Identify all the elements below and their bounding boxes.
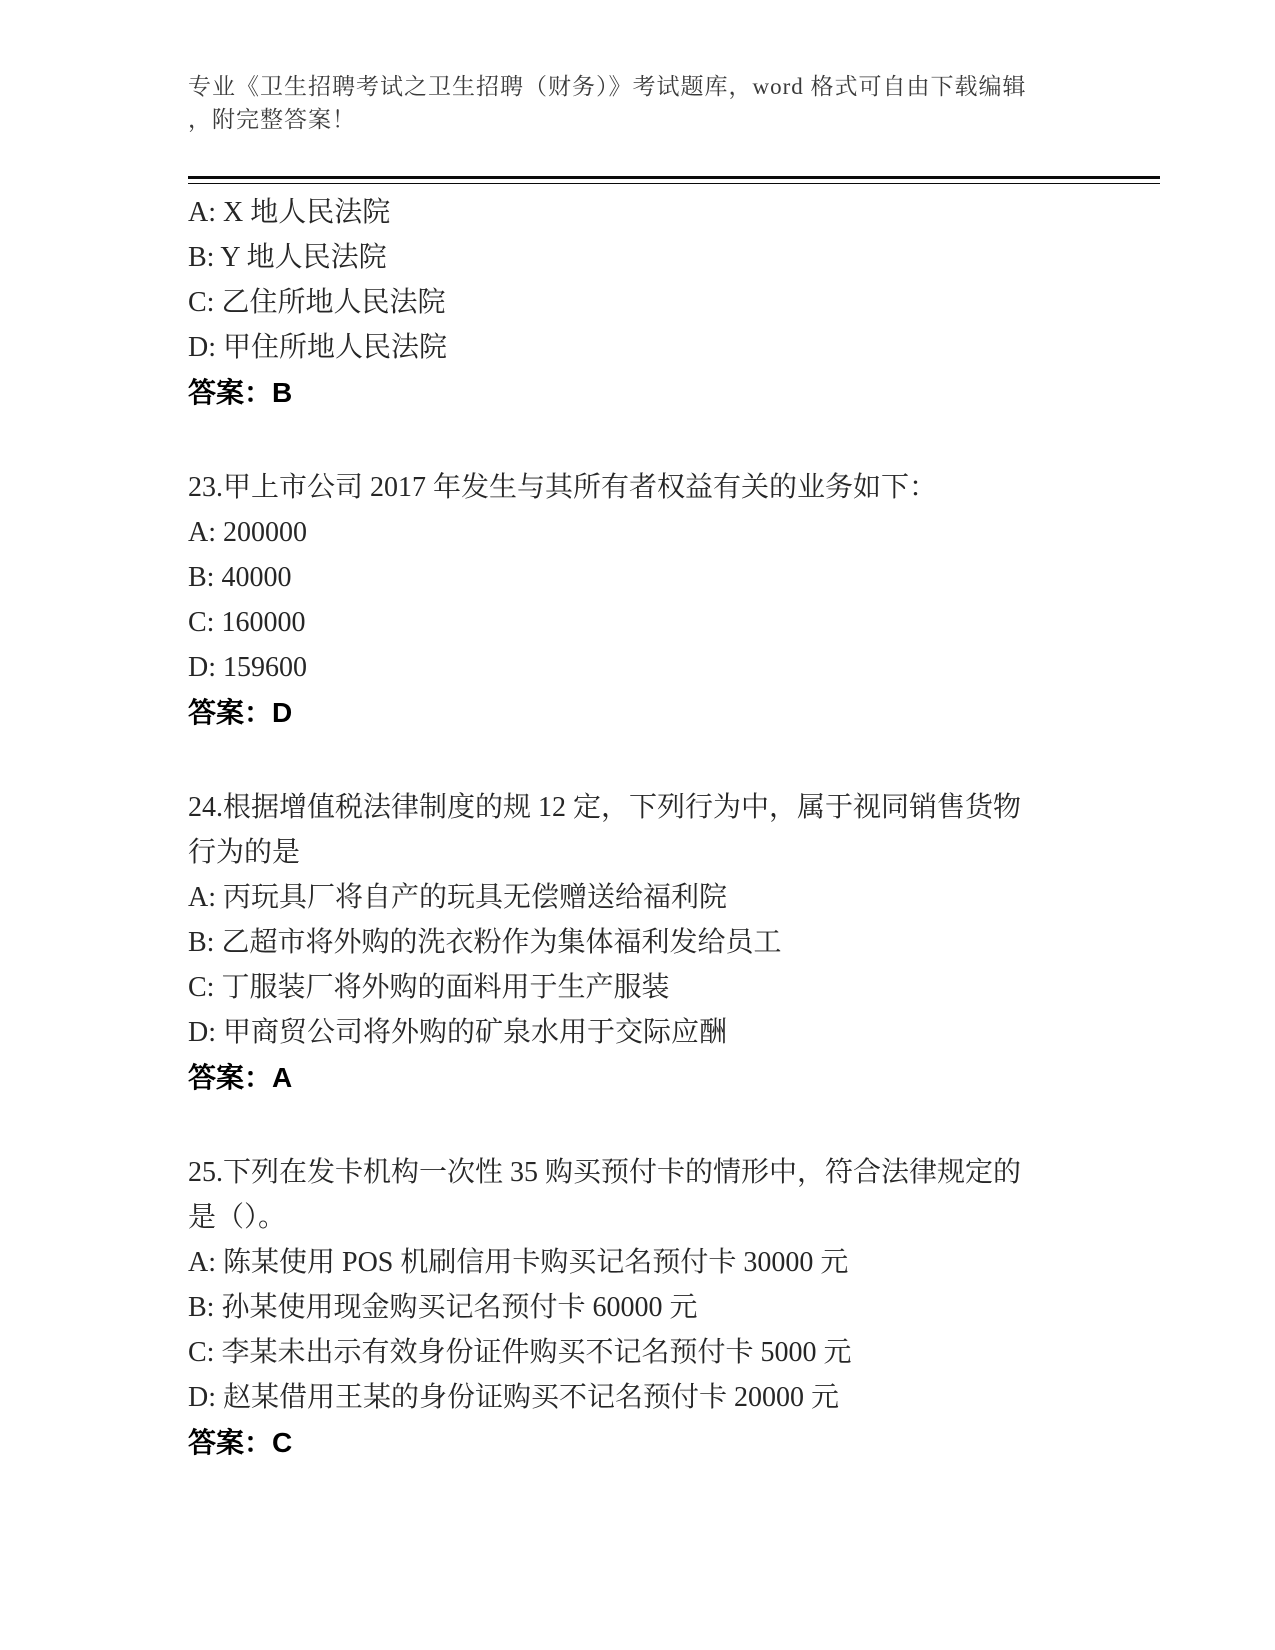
section-divider — [188, 176, 1160, 184]
question-block-22-tail: A: X 地人民法院 B: Y 地人民法院 C: 乙住所地人民法院 D: 甲住所… — [188, 190, 1068, 415]
answer-line: 答案：A — [188, 1055, 1068, 1100]
document-header: 专业《卫生招聘考试之卫生招聘（财务）》考试题库，word 格式可自由下载编辑 ，… — [188, 70, 1088, 136]
question-block-24: 24.根据增值税法律制度的规 12 定，下列行为中，属于视同销售货物 行为的是 … — [188, 785, 1068, 1100]
answer-line: 答案：C — [188, 1420, 1068, 1465]
header-line-2: ，附完整答案！ — [188, 103, 1088, 136]
option-line-d: D: 甲商贸公司将外购的矿泉水用于交际应酬 — [188, 1010, 1068, 1055]
question-line: 25.下列在发卡机构一次性 35 购买预付卡的情形中，符合法律规定的 — [188, 1150, 1068, 1195]
question-line: 24.根据增值税法律制度的规 12 定，下列行为中，属于视同销售货物 — [188, 785, 1068, 830]
option-line-b: B: 乙超市将外购的洗衣粉作为集体福利发给员工 — [188, 920, 1068, 965]
option-line-c: C: 乙住所地人民法院 — [188, 280, 1068, 325]
option-line-d: D: 159600 — [188, 645, 1068, 690]
option-line-c: C: 丁服装厂将外购的面料用于生产服装 — [188, 965, 1068, 1010]
question-line-wrap: 是（）。 — [188, 1195, 1068, 1240]
option-line-d: D: 甲住所地人民法院 — [188, 325, 1068, 370]
option-line-a: A: X 地人民法院 — [188, 190, 1068, 235]
question-line-wrap: 行为的是 — [188, 830, 1068, 875]
answer-line: 答案：B — [188, 370, 1068, 415]
answer-line: 答案：D — [188, 690, 1068, 735]
option-line-b: B: 40000 — [188, 555, 1068, 600]
option-line-c: C: 160000 — [188, 600, 1068, 645]
question-block-25: 25.下列在发卡机构一次性 35 购买预付卡的情形中，符合法律规定的 是（）。 … — [188, 1150, 1068, 1465]
questions-area: A: X 地人民法院 B: Y 地人民法院 C: 乙住所地人民法院 D: 甲住所… — [188, 190, 1068, 1515]
option-line-d: D: 赵某借用王某的身份证购买不记名预付卡 20000 元 — [188, 1375, 1068, 1420]
question-line: 23.甲上市公司 2017 年发生与其所有者权益有关的业务如下： — [188, 465, 1068, 510]
option-line-c: C: 李某未出示有效身份证件购买不记名预付卡 5000 元 — [188, 1330, 1068, 1375]
question-block-23: 23.甲上市公司 2017 年发生与其所有者权益有关的业务如下： A: 2000… — [188, 465, 1068, 735]
option-line-b: B: 孙某使用现金购买记名预付卡 60000 元 — [188, 1285, 1068, 1330]
option-line-b: B: Y 地人民法院 — [188, 235, 1068, 280]
option-line-a: A: 200000 — [188, 510, 1068, 555]
header-line-1: 专业《卫生招聘考试之卫生招聘（财务）》考试题库，word 格式可自由下载编辑 — [188, 70, 1088, 103]
option-line-a: A: 丙玩具厂将自产的玩具无偿赠送给福利院 — [188, 875, 1068, 920]
option-line-a: A: 陈某使用 POS 机刷信用卡购买记名预付卡 30000 元 — [188, 1240, 1068, 1285]
document-page: 专业《卫生招聘考试之卫生招聘（财务）》考试题库，word 格式可自由下载编辑 ，… — [0, 0, 1275, 1650]
